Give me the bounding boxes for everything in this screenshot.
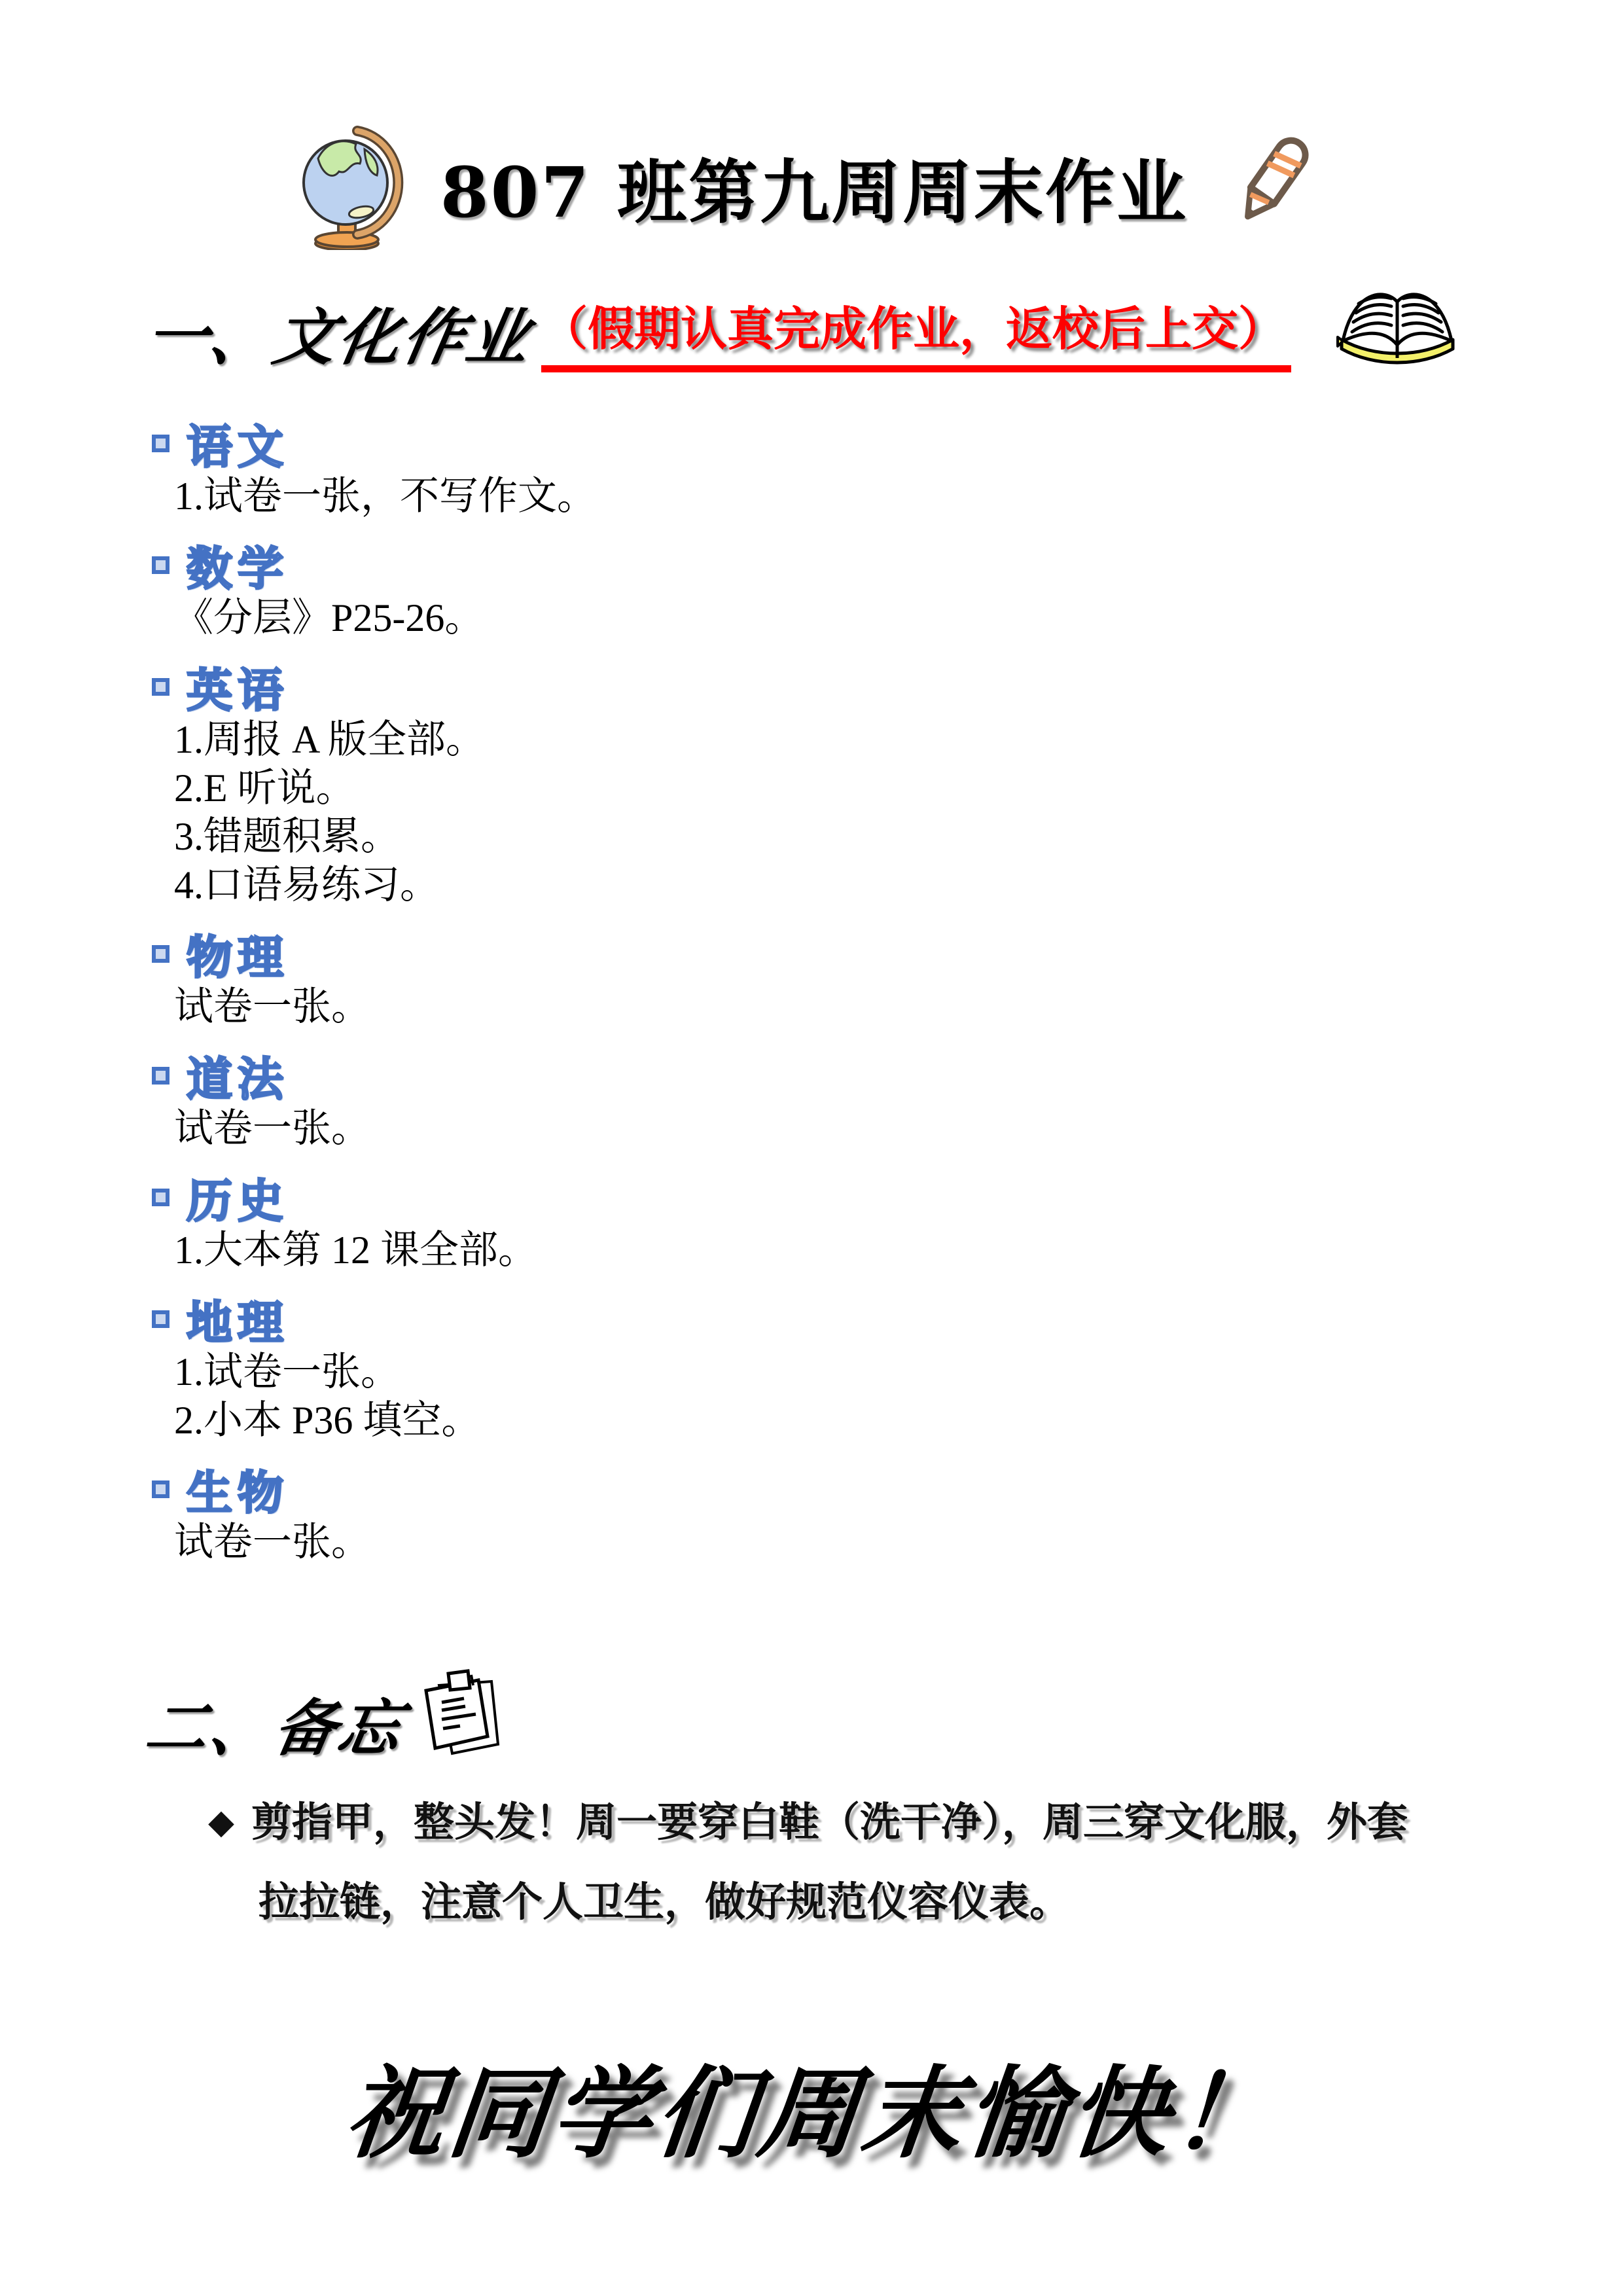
subject-name: 生物 [187, 1456, 289, 1522]
notepad-icon [413, 1667, 503, 1760]
globe-icon [301, 124, 404, 250]
title-row: 807 班第九周周末作业 [0, 0, 1623, 250]
subject-name: 地理 [187, 1286, 289, 1352]
subject-name: 语文 [187, 410, 289, 476]
subject-list: 语文 1.试卷一张，不写作文。 数学 《分层》P25-26。 英语 1.周报 A… [152, 414, 1623, 1566]
open-book-icon [1335, 281, 1459, 366]
homework-item: 1.周报 A 版全部。 [152, 715, 1623, 764]
subject-heading: 数学 [152, 536, 1623, 594]
subject-morality-law: 道法 试卷一张。 [152, 1047, 1623, 1153]
homework-item: 1.试卷一张，不写作文。 [152, 472, 1623, 520]
memo-line: ◆ 剪指甲，整头发！周一要穿白鞋（洗干净），周三穿文化服，外套 [208, 1795, 1531, 1850]
homework-item: 试卷一张。 [152, 1104, 1623, 1153]
square-bullet-icon [152, 678, 169, 696]
homework-item: 1.试卷一张。 [152, 1348, 1623, 1396]
memo-body: ◆ 剪指甲，整头发！周一要穿白鞋（洗干净），周三穿文化服，外套 拉拉链，注意个人… [208, 1795, 1531, 1929]
homework-item: 试卷一张。 [152, 1518, 1623, 1566]
section-culture-heading-row: 一、文化作业 （假期认真完成作业，返校后上交） [147, 288, 1459, 376]
square-bullet-icon [152, 1310, 169, 1328]
homework-item: 2.E 听说。 [152, 764, 1623, 812]
section-culture-title: 一、文化作业 [139, 288, 540, 376]
homework-item: 3.错题积累。 [152, 812, 1623, 861]
memo-line: 拉拉链，注意个人卫生，做好规范仪容仪表。 [208, 1874, 1531, 1929]
subject-biology: 生物 试卷一张。 [152, 1460, 1623, 1566]
subject-name: 历史 [187, 1164, 289, 1230]
homework-item: 试卷一张。 [152, 982, 1623, 1031]
section-culture-note: （假期认真完成作业，返校后上交） [541, 292, 1291, 372]
subject-geography: 地理 1.试卷一张。 2.小本 P36 填空。 [152, 1290, 1623, 1444]
memo-text: 剪指甲，整头发！周一要穿白鞋（洗干净），周三穿文化服，外套 [251, 1795, 1408, 1850]
subject-heading: 地理 [152, 1290, 1623, 1348]
section-memo-title: 二、备忘 [139, 1679, 412, 1767]
closing-message: 祝同学们周末愉快！ [0, 2034, 1623, 2177]
subject-history: 历史 1.大本第 12 课全部。 [152, 1168, 1623, 1274]
homework-item: 《分层》P25-26。 [152, 594, 1623, 642]
square-bullet-icon [152, 945, 169, 963]
square-bullet-icon [152, 1189, 169, 1206]
subject-heading: 道法 [152, 1047, 1623, 1104]
subject-heading: 语文 [152, 414, 1623, 472]
subject-heading: 生物 [152, 1460, 1623, 1518]
subject-name: 物理 [187, 921, 289, 987]
homework-item: 1.大本第 12 课全部。 [152, 1226, 1623, 1274]
square-bullet-icon [152, 1067, 169, 1085]
section-memo-heading-row: 二、备忘 [147, 1679, 1623, 1767]
subject-name: 数学 [187, 532, 289, 598]
document-page: 807 班第九周周末作业 一、文化作业 （假期认真完成作业，返校后上交） [0, 0, 1623, 2296]
subject-name: 英语 [187, 654, 289, 720]
subject-name: 道法 [187, 1043, 289, 1109]
square-bullet-icon [152, 556, 169, 574]
subject-heading: 英语 [152, 658, 1623, 715]
subject-math: 数学 《分层》P25-26。 [152, 536, 1623, 642]
subject-english: 英语 1.周报 A 版全部。 2.E 听说。 3.错题积累。 4.口语易练习。 [152, 658, 1623, 909]
subject-heading: 历史 [152, 1168, 1623, 1226]
page-title: 807 班第九周周末作业 [440, 137, 1188, 237]
subject-heading: 物理 [152, 925, 1623, 982]
memo-text: 拉拉链，注意个人卫生，做好规范仪容仪表。 [259, 1874, 1070, 1929]
square-bullet-icon [152, 435, 169, 452]
subject-physics: 物理 试卷一张。 [152, 925, 1623, 1031]
diamond-bullet-icon: ◆ [208, 1795, 234, 1850]
subject-chinese: 语文 1.试卷一张，不写作文。 [152, 414, 1623, 520]
pencil-icon [1224, 132, 1322, 230]
square-bullet-icon [152, 1480, 169, 1498]
homework-item: 4.口语易练习。 [152, 861, 1623, 909]
homework-item: 2.小本 P36 填空。 [152, 1396, 1623, 1444]
